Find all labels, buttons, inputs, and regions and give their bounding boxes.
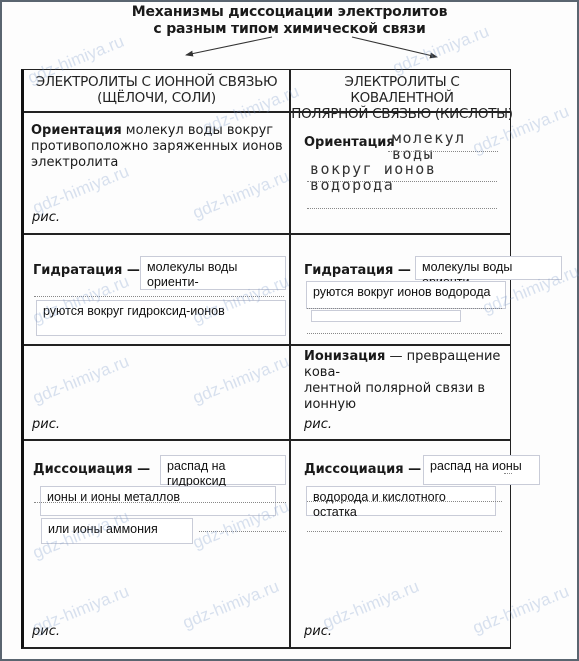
hydration-ionic-answer-2[interactable]: руются вокруг гидроксид-ионов [36,300,286,336]
row-divider-hydration [24,344,510,346]
orientation-ionic-line-2: противоположно заряженных ионов [31,139,283,154]
hydration-covalent-answer-1[interactable]: молекулы воды ориенти- [415,256,562,280]
header-ionic-line-2: (ЩЁЛОЧИ, СОЛИ) [24,90,289,106]
arrow-right-icon [352,37,437,57]
term-hydration-covalent: Гидратация — [304,263,411,279]
answer-line [199,531,286,532]
term-orientation: Ориентация [31,123,122,138]
figure-label: рис. [304,417,332,432]
answer-line [34,296,284,297]
figure-label: рис. [32,417,60,432]
header-covalent-line-2: ПОЛЯРНОЙ СВЯЗЬЮ (КИСЛОТЫ) [291,106,513,122]
dissociation-ionic-answer-2[interactable]: ионы и ионы металлов [40,486,276,516]
mechanisms-table: ЭЛЕКТРОЛИТЫ С ИОННОЙ СВЯЗЬЮ (ЩЁЛОЧИ, СОЛ… [21,69,511,649]
answer-line [307,208,497,209]
header-covalent-line-1: ЭЛЕКТРОЛИТЫ С КОВАЛЕНТНОЙ [291,74,513,106]
ionization-line-2: лентной полярной связи в ионную [304,381,485,412]
term-orientation: Ориентация [304,135,395,150]
answer-line [307,333,502,334]
term-ionization: Ионизация [304,349,385,364]
header-ionic-line-1: ЭЛЕКТРОЛИТЫ С ИОННОЙ СВЯЗЬЮ [24,74,289,90]
row-divider-orientation [24,233,510,235]
title-arrows [0,0,579,80]
ionization-covalent-text: Ионизация — превращение кова- лентной по… [304,349,509,413]
answer-line [307,308,502,309]
term-dissociation-covalent: Диссоциация — [304,462,421,478]
answer-line [504,473,512,474]
orientation-covalent-answer-2[interactable]: вокруг ионов водорода [310,161,510,193]
term-hydration-ionic: Гидратация — [33,263,140,279]
answer-line [307,181,497,182]
figure-label: рис. [32,624,60,639]
hydration-covalent-answer-2[interactable]: руются вокруг ионов водорода [306,281,506,309]
column-divider [289,70,291,647]
orientation-ionic-text: Ориентация молекул воды вокруг противопо… [31,123,286,171]
term-dissociation-ionic: Диссоциация — [33,462,150,478]
orientation-ionic-line-1: молекул воды вокруг [122,123,273,138]
header-ionic: ЭЛЕКТРОЛИТЫ С ИОННОЙ СВЯЗЬЮ (ЩЁЛОЧИ, СОЛ… [24,74,289,106]
dissociation-ionic-answer-1[interactable]: распад на гидроксид [160,455,286,485]
orientation-ionic-line-3: электролита [31,155,118,170]
hydration-covalent-answer-3[interactable] [311,310,461,322]
answer-line [34,502,286,503]
header-covalent: ЭЛЕКТРОЛИТЫ С КОВАЛЕНТНОЙ ПОЛЯРНОЙ СВЯЗЬ… [291,74,513,122]
arrow-left-icon [186,37,272,55]
answer-line [388,151,498,152]
orientation-covalent-answer-1[interactable]: молекул воды [392,130,510,162]
orientation-covalent-term: Ориентация [304,135,395,151]
hydration-ionic-answer-1[interactable]: молекулы воды ориенти- [140,256,286,290]
dissociation-covalent-answer-1[interactable]: распад на ионы [423,455,540,485]
row-divider-ionization [24,439,510,441]
figure-label: рис. [304,624,332,639]
answer-line [307,531,502,532]
dissociation-ionic-answer-3[interactable]: или ионы аммония [41,518,193,544]
answer-line [307,501,502,502]
figure-label: рис. [32,210,60,225]
